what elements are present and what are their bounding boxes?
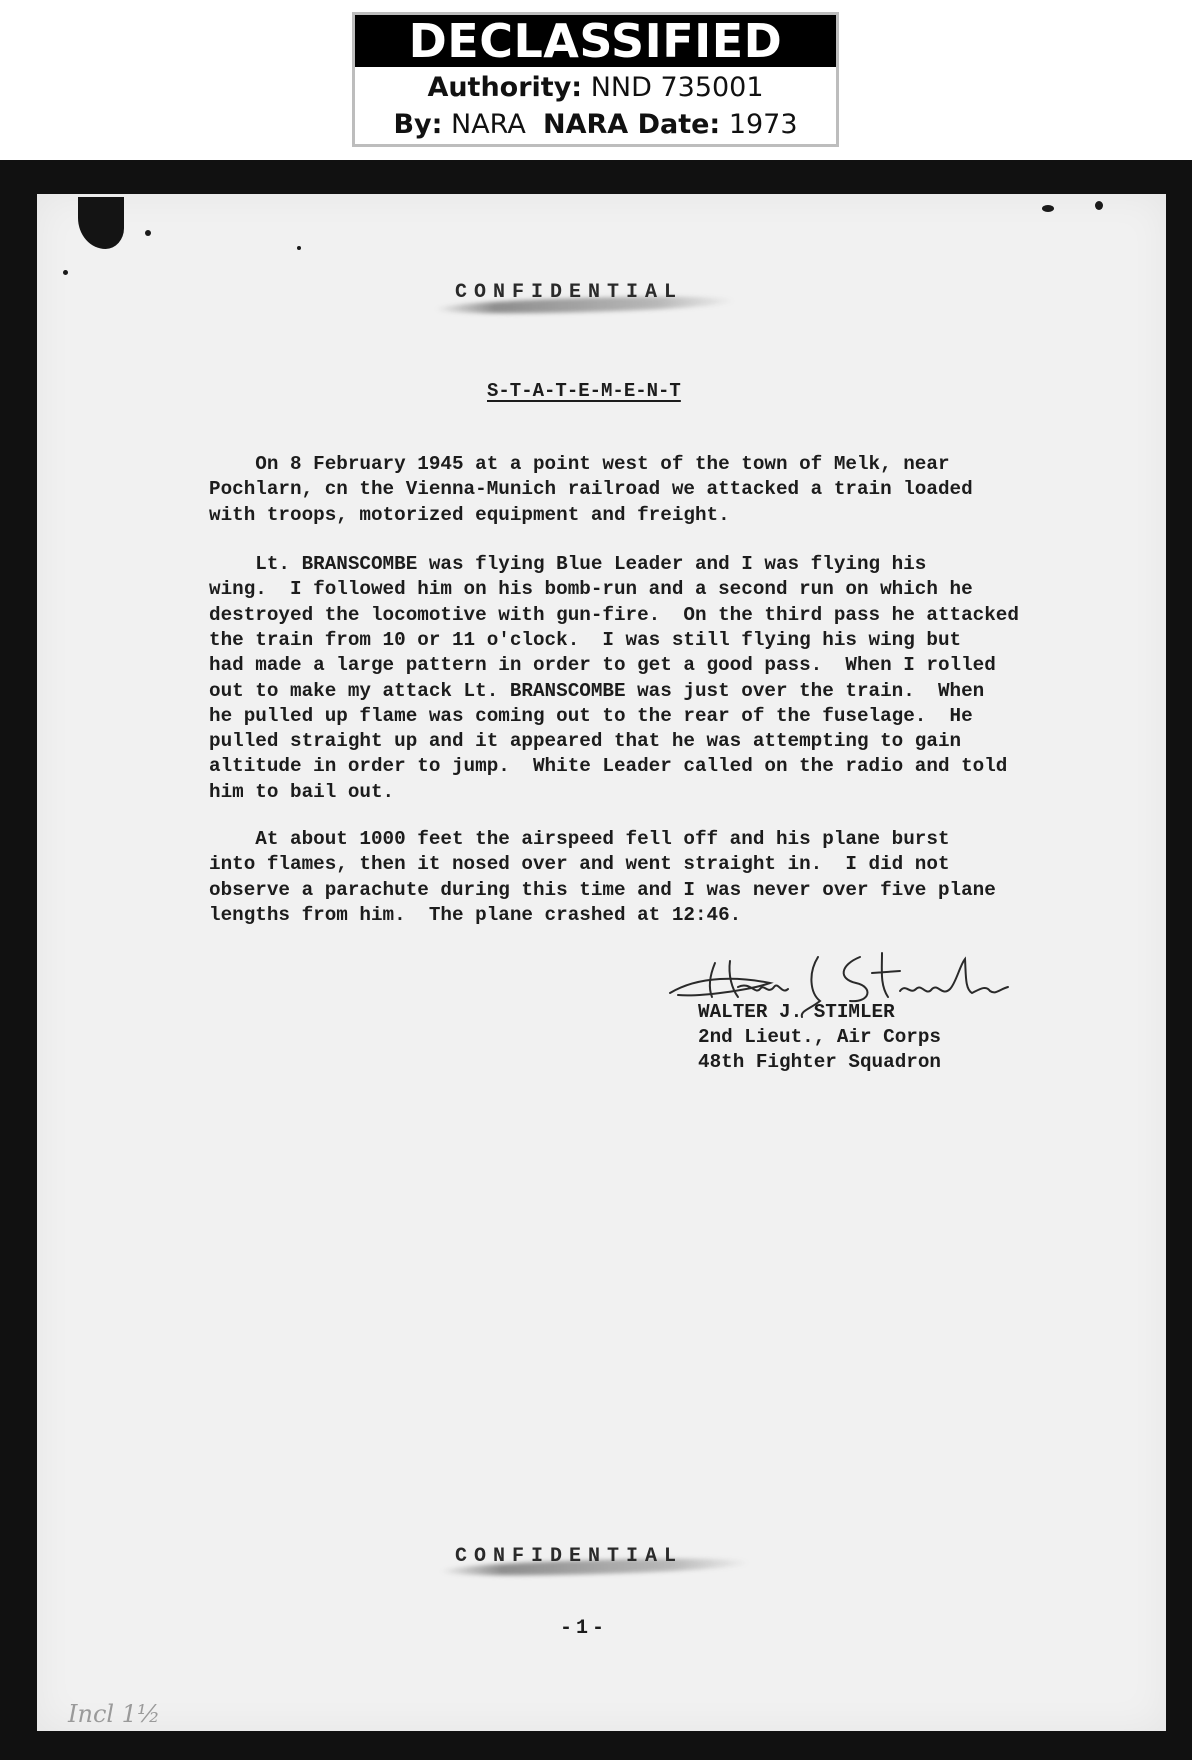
by-label: By: (393, 109, 442, 140)
body-line: into flames, then it nosed over and went… (209, 852, 950, 877)
body-line: Lt. BRANSCOMBE was flying Blue Leader an… (209, 552, 926, 577)
body-line: lengths from him. The plane crashed at 1… (209, 903, 741, 928)
stamp-title: DECLASSIFIED (355, 15, 836, 67)
body-line: had made a large pattern in order to get… (209, 653, 996, 678)
signature-unit: 48th Fighter Squadron (698, 1050, 941, 1075)
by-value: NARA (451, 109, 526, 140)
speck (1042, 205, 1054, 212)
body-line: out to make my attack Lt. BRANSCOMBE was… (209, 679, 984, 704)
body-line: At about 1000 feet the airspeed fell off… (209, 827, 950, 852)
body-line: with troops, motorized equipment and fre… (209, 503, 730, 528)
body-line: destroyed the locomotive with gun-fire. … (209, 603, 1019, 628)
body-line: observe a parachute during this time and… (209, 878, 996, 903)
speck (1095, 201, 1103, 210)
date-value: 1973 (729, 109, 798, 140)
signature-rank: 2nd Lieut., Air Corps (698, 1025, 941, 1050)
body-line: altitude in order to jump. White Leader … (209, 754, 1007, 779)
classification-bottom: CONFIDENTIAL (455, 1545, 683, 1568)
body-line: he pulled up flame was coming out to the… (209, 704, 973, 729)
classification-top: CONFIDENTIAL (455, 281, 683, 304)
body-line: On 8 February 1945 at a point west of th… (209, 452, 950, 477)
body-line: Pochlarn, cn the Vienna-Munich railroad … (209, 477, 973, 502)
date-label: NARA Date: (543, 109, 720, 140)
body-line: pulled straight up and it appeared that … (209, 729, 961, 754)
body-line: the train from 10 or 11 o'clock. I was s… (209, 628, 961, 653)
handwritten-note: Incl 1½ (68, 1700, 160, 1728)
authority-value: NND 735001 (591, 72, 764, 103)
document-title: S-T-A-T-E-M-E-N-T (487, 380, 681, 402)
speck (297, 246, 301, 250)
signature-name: WALTER J. STIMLER (698, 1000, 895, 1025)
body-line: wing. I followed him on his bomb-run and… (209, 577, 973, 602)
speck (63, 270, 68, 275)
stamp-authority: Authority: NND 735001 (355, 72, 836, 104)
page-number: -1- (560, 1617, 608, 1640)
declassified-stamp: DECLASSIFIED Authority: NND 735001 By: N… (352, 12, 839, 147)
body-line: him to bail out. (209, 780, 394, 805)
stamp-by-date: By: NARA NARA Date: 1973 (355, 109, 836, 141)
speck (145, 230, 151, 236)
authority-label: Authority: (427, 72, 582, 103)
